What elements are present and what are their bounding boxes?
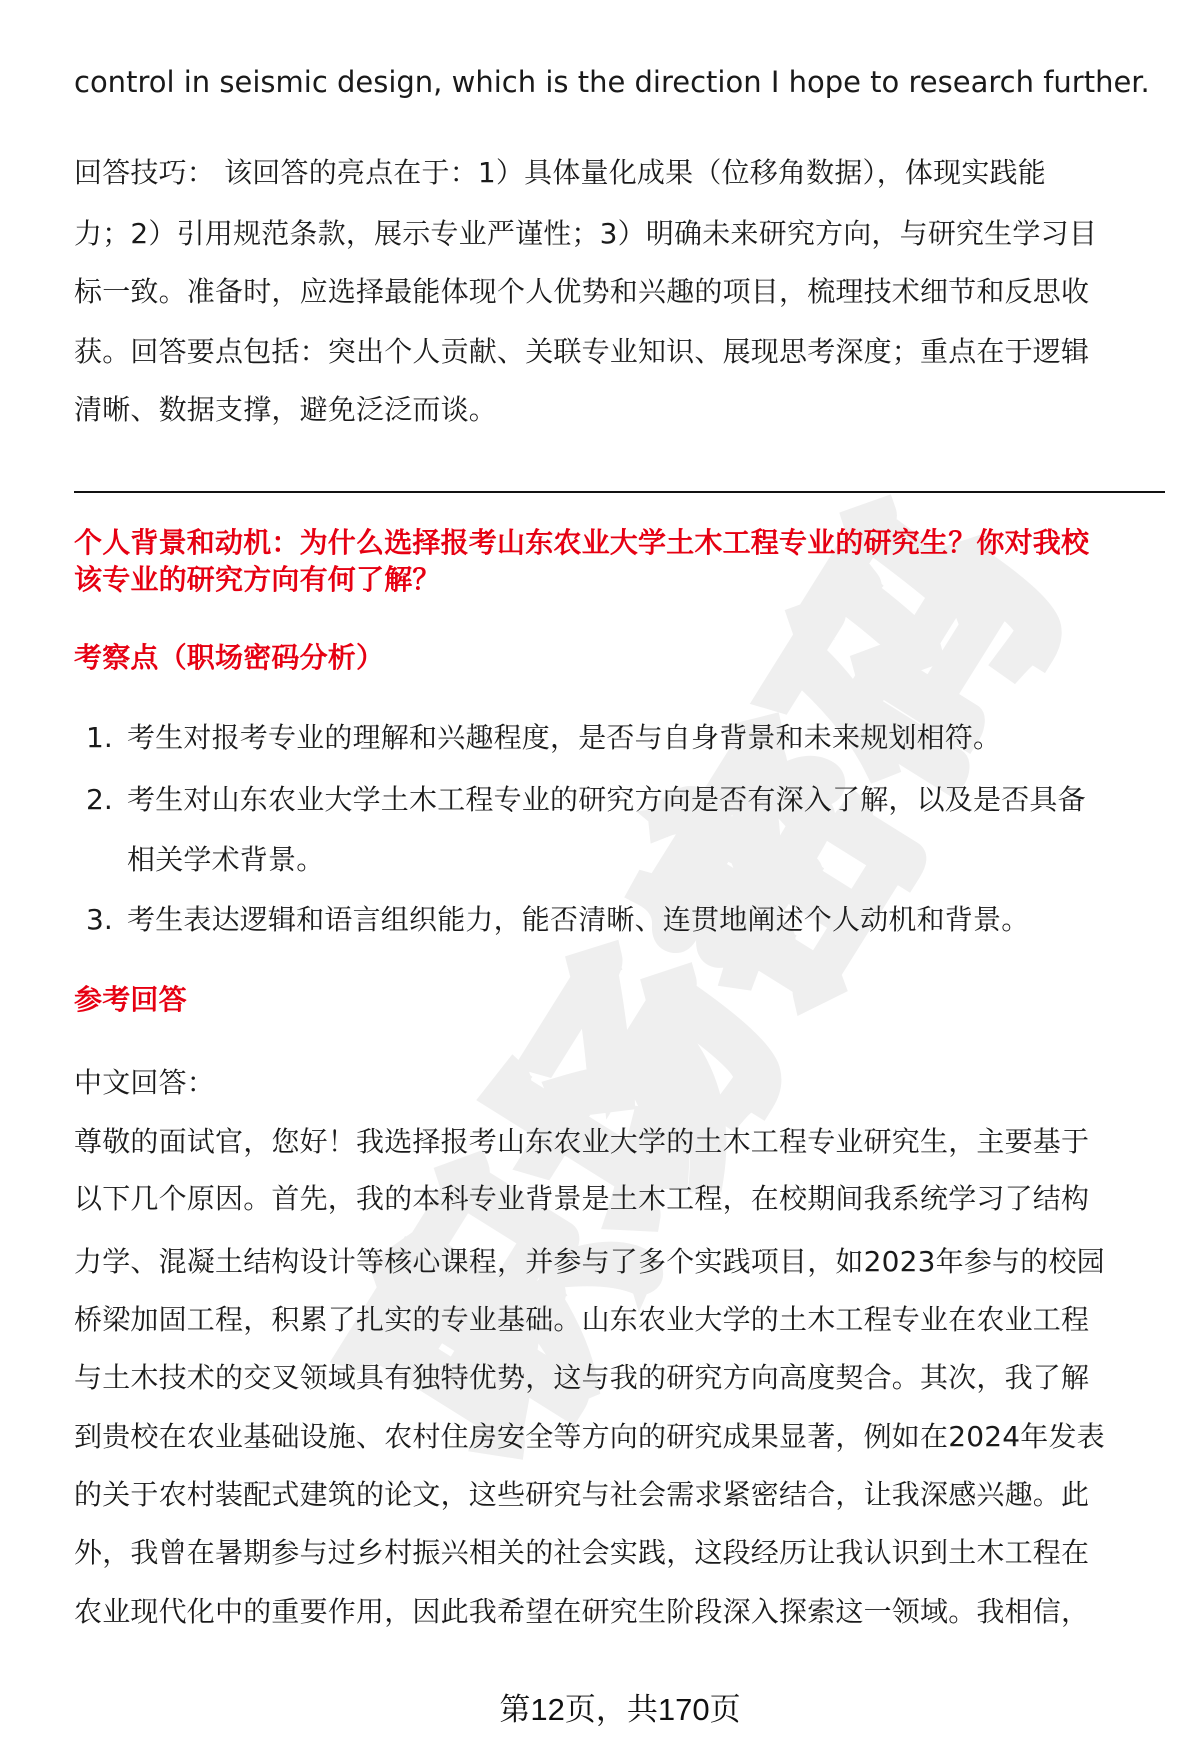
list-number: 3. — [86, 902, 113, 938]
answer-line: 尊敬的面试官，您好！我选择报考山东农业大学的土木工程专业研究生，主要基于 — [74, 1124, 1089, 1160]
answer-line: 力学、混凝土结构设计等核心课程，并参与了多个实践项目，如2023年参与的校园 — [74, 1244, 1105, 1280]
reference-heading: 参考回答 — [74, 982, 187, 1018]
section-divider — [74, 491, 1165, 493]
answer-line: 的关于农村装配式建筑的论文，这些研究与社会需求紧密结合，让我深感兴趣。此 — [74, 1477, 1089, 1513]
list-item: 考生表达逻辑和语言组织能力，能否清晰、连贯地阐述个人动机和背景。 — [127, 902, 1029, 938]
tips-line: 标一致。准备时，应选择最能体现个人优势和兴趣的项目，梳理技术细节和反思收 — [74, 274, 1089, 310]
document-page: control in seismic design, which is the … — [0, 0, 1200, 1755]
list-number: 2. — [86, 782, 113, 818]
answer-line: 桥梁加固工程，积累了扎实的专业基础。山东农业大学的土木工程专业在农业工程 — [74, 1302, 1089, 1338]
answer-line: 以下几个原因。首先，我的本科专业背景是土木工程，在校期间我系统学习了结构 — [74, 1181, 1089, 1217]
list-item-continued: 相关学术背景。 — [127, 842, 324, 878]
page-number-footer: 第12页，共170页 — [0, 1692, 1200, 1728]
tips-line: 清晰、数据支撑，避免泛泛而谈。 — [74, 392, 497, 428]
english-answer-tail: control in seismic design, which is the … — [74, 64, 1150, 100]
list-item: 考生对山东农业大学土木工程专业的研究方向是否有深入了解，以及是否具备 — [127, 782, 1086, 818]
analysis-heading: 考察点（职场密码分析） — [74, 640, 384, 676]
tips-line: 力；2）引用规范条款，展示专业严谨性；3）明确未来研究方向，与研究生学习目 — [74, 216, 1097, 252]
answer-line: 与土木技术的交叉领域具有独特优势，这与我的研究方向高度契合。其次，我了解 — [74, 1360, 1089, 1396]
question-title: 该专业的研究方向有何了解？ — [74, 562, 441, 598]
answer-line: 农业现代化中的重要作用，因此我希望在研究生阶段深入探索这一领域。我相信， — [74, 1594, 1089, 1630]
answer-line: 到贵校在农业基础设施、农村住房安全等方向的研究成果显著，例如在2024年发表 — [74, 1419, 1105, 1455]
question-title: 个人背景和动机：为什么选择报考山东农业大学土木工程专业的研究生？你对我校 — [74, 525, 1089, 561]
tips-line: 回答技巧： 该回答的亮点在于：1）具体量化成果（位移角数据），体现实践能 — [74, 155, 1046, 191]
list-number: 1. — [86, 720, 113, 756]
answer-line: 外，我曾在暑期参与过乡村振兴相关的社会实践，这段经历让我认识到土木工程在 — [74, 1535, 1089, 1571]
chinese-answer-label: 中文回答： — [74, 1065, 215, 1101]
list-item: 考生对报考专业的理解和兴趣程度，是否与自身背景和未来规划相符。 — [127, 720, 1001, 756]
tips-line: 获。回答要点包括：突出个人贡献、关联专业知识、展现思考深度；重点在于逻辑 — [74, 334, 1089, 370]
